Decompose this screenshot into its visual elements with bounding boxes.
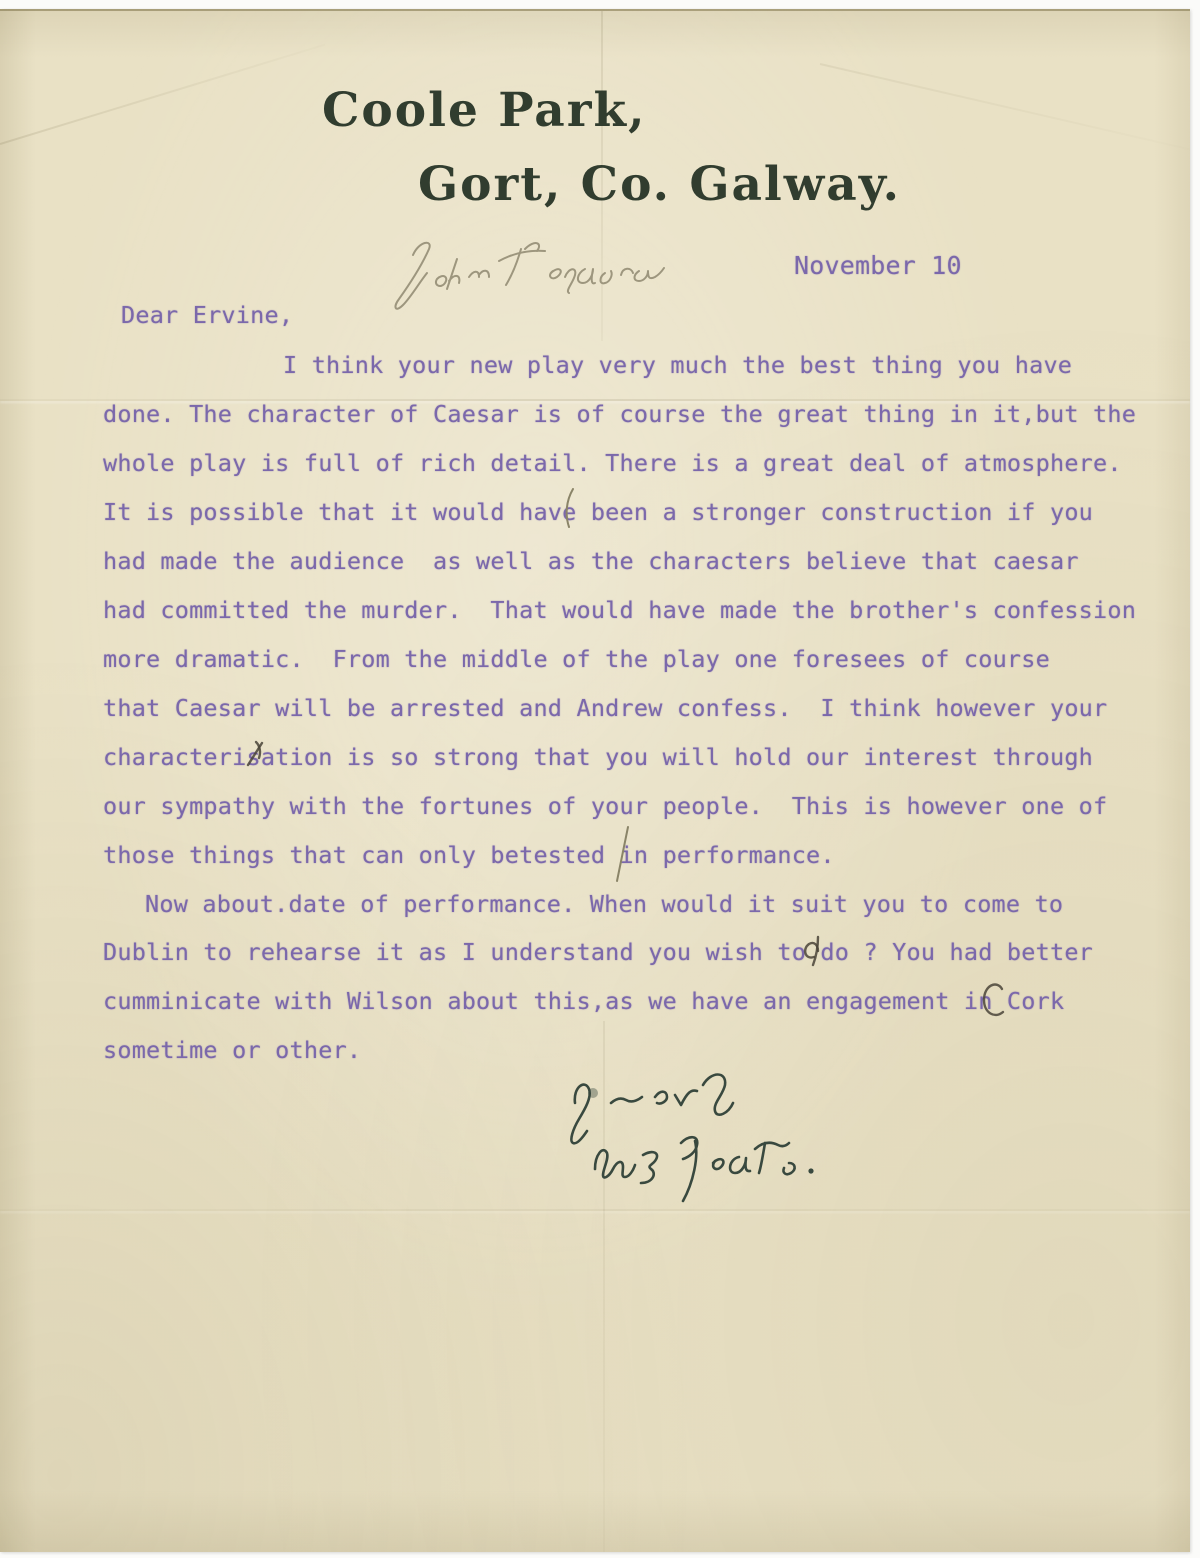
body-line-2: done. The character of Caesar is of cour…: [103, 400, 1136, 428]
pencil-correction-cork-c: [980, 979, 1008, 1021]
body-line-5: had made the audience as well as the cha…: [103, 547, 1079, 575]
body-line-15: sometime or other.: [103, 1036, 361, 1064]
signature-wb-yeats: [535, 1051, 875, 1216]
body-line-13: Dublin to rehearse it as I understand yo…: [103, 938, 1093, 966]
body-line-1: I think your new play very much the best…: [283, 351, 1072, 379]
body-line-7: more dramatic. From the middle of the pl…: [103, 645, 1050, 673]
body-line-11: those things that can only betested in p…: [103, 841, 835, 869]
pencil-correction-would-l: [560, 485, 580, 531]
body-line-6: had committed the murder. That would hav…: [103, 596, 1136, 624]
salutation: Dear Ervine,: [121, 301, 293, 329]
body-line-10: our sympathy with the fortunes of your p…: [103, 792, 1107, 820]
letter-date: November 10: [794, 251, 962, 280]
body-line-14: cumminicate with Wilson about this,as we…: [103, 987, 1064, 1015]
body-line-3: whole play is full of rich detail. There…: [103, 449, 1122, 477]
pencil-correction-word-break-slash: [610, 823, 634, 885]
letterhead-line1: Coole Park,: [322, 83, 646, 138]
crease-diagonal-topleft: [0, 44, 325, 145]
letterhead-line2: Gort, Co. Galway.: [418, 157, 901, 212]
body-line-4: It is possible that it would have been a…: [103, 498, 1093, 526]
pencil-annotation-john-ferguson: [393, 233, 705, 315]
letter-paper: Coole Park, Gort, Co. Galway. November 1…: [0, 9, 1190, 1552]
scanned-letter-page: { "letterhead": { "line1": "Coole Park,"…: [0, 0, 1200, 1558]
body-line-12: Now about.date of performance. When woul…: [145, 890, 1063, 918]
pencil-correction-do-d: [798, 931, 824, 971]
body-line-8: that Caesar will be arrested and Andrew …: [103, 694, 1107, 722]
crease-diagonal-topright: [820, 63, 1191, 150]
ink-overstrike-characterisation: [236, 737, 276, 771]
